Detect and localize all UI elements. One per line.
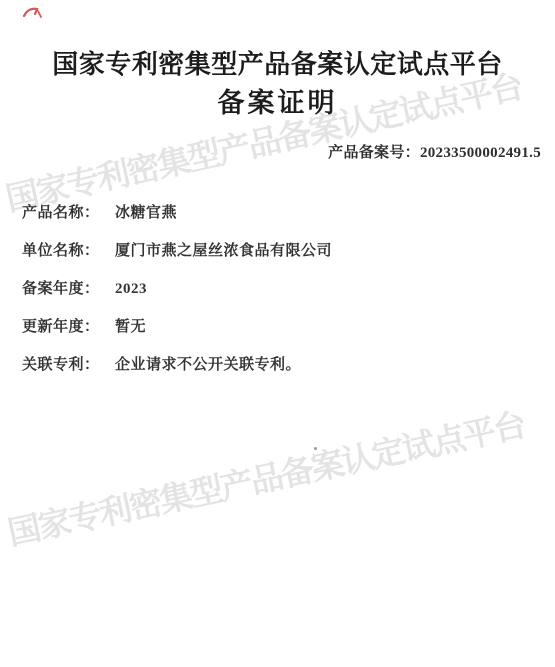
field-value: 厦门市燕之屋丝浓食品有限公司	[115, 242, 332, 260]
page-title: 国家专利密集型产品备案认定试点平台	[0, 44, 555, 81]
red-pen-mark-icon	[22, 5, 44, 21]
field-value: 暂无	[115, 318, 146, 336]
field-value: 2023	[115, 280, 147, 298]
certificate-page: 国家专利密集型产品备案认定试点平台 国家专利密集型产品备案认定试点平台 国家专利…	[0, 0, 555, 667]
field-label: 更新年度：	[22, 318, 115, 336]
field-label: 关联专利：	[22, 356, 115, 374]
field-row-update-year: 更新年度： 暂无	[22, 318, 535, 336]
speck-dot	[314, 447, 317, 450]
field-row-company-name: 单位名称： 厦门市燕之屋丝浓食品有限公司	[22, 242, 535, 260]
field-value: 企业请求不公开关联专利。	[115, 356, 301, 374]
field-label: 单位名称：	[22, 242, 115, 260]
field-label: 产品名称：	[22, 204, 115, 222]
field-row-product-name: 产品名称： 冰糖官燕	[22, 204, 535, 222]
field-value: 冰糖官燕	[115, 204, 177, 222]
field-list: 产品名称： 冰糖官燕 单位名称： 厦门市燕之屋丝浓食品有限公司 备案年度： 20…	[22, 204, 535, 374]
filing-number: 产品备案号：20233500002491.5	[328, 141, 541, 162]
field-row-filing-year: 备案年度： 2023	[22, 280, 535, 298]
field-row-related-patents: 关联专利： 企业请求不公开关联专利。	[22, 356, 535, 374]
watermark-lower: 国家专利密集型产品备案认定试点平台	[3, 399, 528, 555]
certificate-subtitle: 备案证明	[0, 81, 555, 120]
field-label: 备案年度：	[22, 280, 115, 298]
